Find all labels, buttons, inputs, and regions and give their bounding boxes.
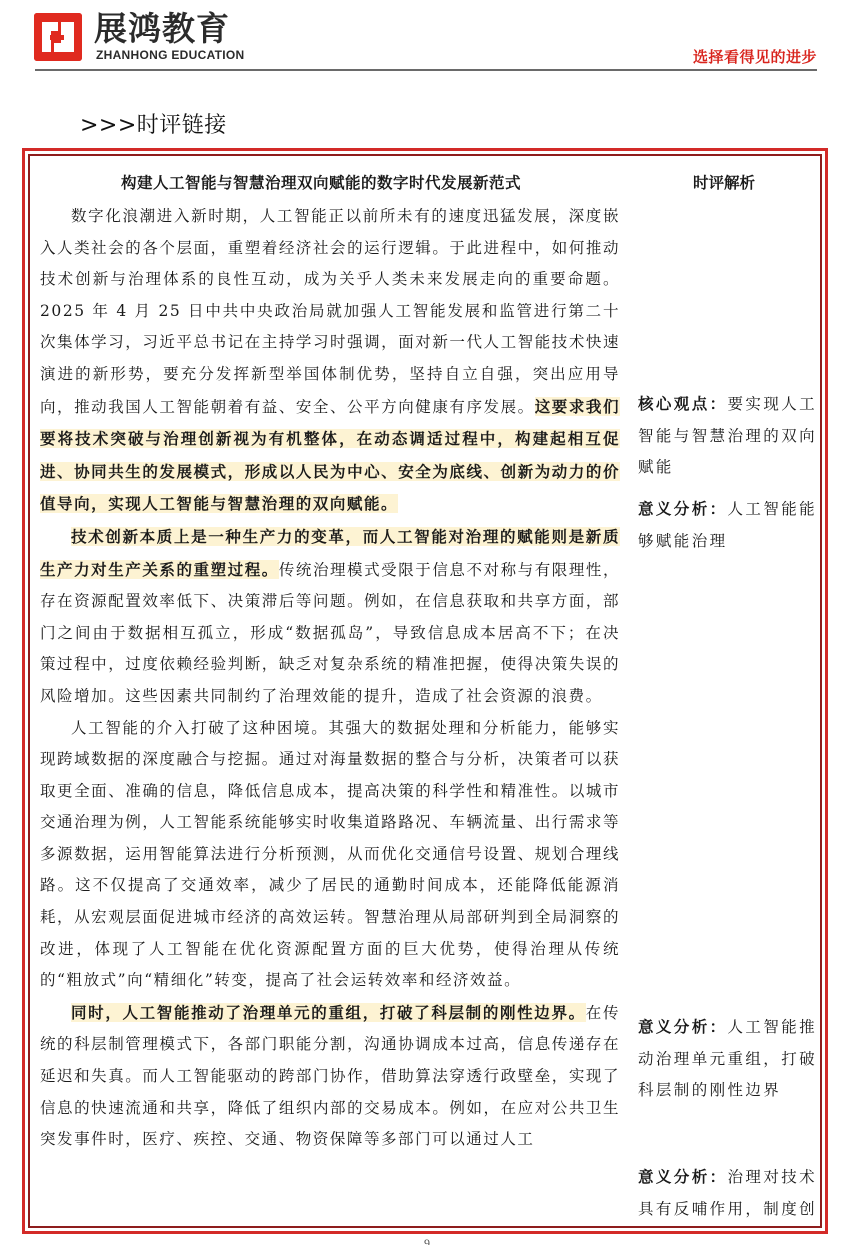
article-paragraph-2: 技术创新本质上是一种生产力的变革，而人工智能对治理的赋能则是新质生产力对生产关系… (40, 521, 620, 713)
commentary-note-3: 意义分析：人工智能推动治理单元重组，打破科层制的刚性边界 (638, 1011, 820, 1107)
note-key: 意义分析： (638, 1167, 728, 1186)
header-divider (35, 69, 817, 71)
commentary-title: 时评解析 (628, 165, 820, 201)
note-key: 意义分析： (638, 499, 728, 518)
paragraph-text: 数字化浪潮进入新时期，人工智能正以前所未有的速度迅猛发展，深度嵌入人类社会的各个… (40, 207, 620, 416)
commentary-note-1: 核心观点：要实现人工智能与智慧治理的双向赋能 (638, 388, 820, 484)
paragraph-text: 在传统的科层制管理模式下，各部门职能分割，沟通协调成本过高，信息传递存在延迟和失… (40, 1004, 620, 1148)
article-paragraph-3: 人工智能的介入打破了这种困境。其强大的数据处理和分析能力，能够实现跨域数据的深度… (40, 713, 620, 997)
zhanhong-logo-icon (34, 13, 82, 61)
page-header: 展鸿教育 ZHANHONG EDUCATION 选择看得见的进步 (0, 0, 843, 72)
note-key: 核心观点： (638, 394, 728, 413)
note-key: 意义分析： (638, 1017, 728, 1036)
brand-name-en: ZHANHONG EDUCATION (96, 48, 245, 62)
article-title: 构建人工智能与智慧治理双向赋能的数字时代发展新范式 (22, 165, 620, 201)
commentary-column: 时评解析 核心观点：要实现人工智能与智慧治理的双向赋能 意义分析：人工智能能够赋… (638, 165, 820, 201)
article-paragraph-4: 同时，人工智能推动了治理单元的重组，打破了科层制的刚性边界。在传统的科层制管理模… (40, 997, 620, 1156)
commentary-note-4: 意义分析：治理对技术具有反哺作用，制度创 (638, 1161, 820, 1225)
paragraph-text: 人工智能的介入打破了这种困境。其强大的数据处理和分析能力，能够实现跨域数据的深度… (40, 719, 620, 990)
brand-name-cn: 展鸿教育 (94, 10, 230, 48)
paragraph-text: 传统治理模式受限于信息不对称与有限理性，存在资源配置效率低下、决策滞后等问题。例… (40, 561, 620, 705)
brand-slogan: 选择看得见的进步 (693, 46, 817, 67)
highlighted-key-sentence: 同时，人工智能推动了治理单元的重组，打破了科层制的刚性边界。 (71, 1003, 586, 1022)
commentary-note-2: 意义分析：人工智能能够赋能治理 (638, 493, 820, 557)
section-title: >>>时评链接 (80, 108, 227, 139)
article-column: 构建人工智能与智慧治理双向赋能的数字时代发展新范式 数字化浪潮进入新时期，人工智… (40, 165, 620, 1156)
page-number: 9 (424, 1236, 430, 1245)
article-paragraph-1: 数字化浪潮进入新时期，人工智能正以前所未有的速度迅猛发展，深度嵌入人类社会的各个… (40, 201, 620, 521)
